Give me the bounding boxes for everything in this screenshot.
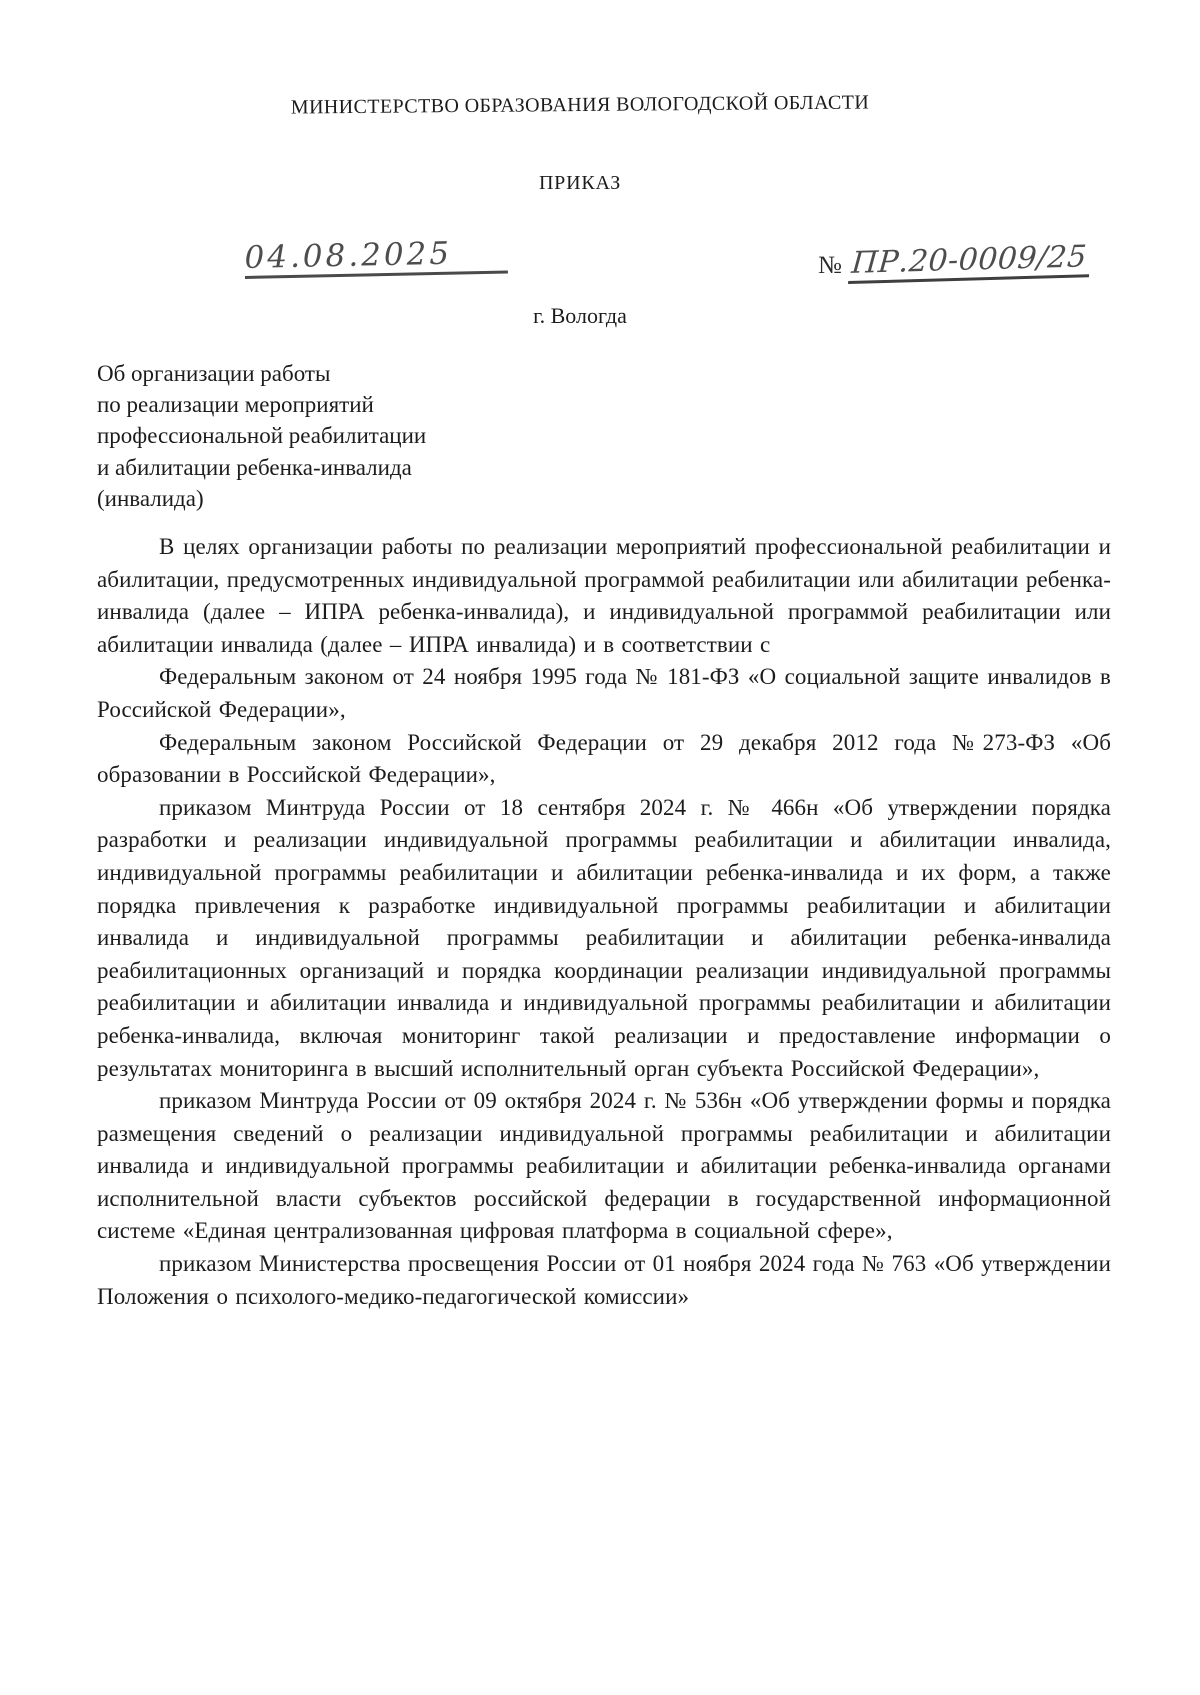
subject-line: Об организации работы <box>97 358 557 389</box>
body-paragraph: приказом Минтруда России от 18 сентября … <box>97 792 1111 1085</box>
subject-line: по реализации мероприятий <box>97 389 557 420</box>
document-number-group: №ПР.20-0009/25 <box>818 246 1089 284</box>
body-paragraph: приказом Минтруда России от 09 октября 2… <box>97 1085 1111 1248</box>
body-paragraph: Федеральным законом Российской Федерации… <box>97 727 1111 792</box>
document-type-title: ПРИКАЗ <box>40 172 1120 195</box>
order-body-text: В целях организации работы по реализации… <box>97 531 1111 1313</box>
date-number-row: 04.08.2025 №ПР.20-0009/25 <box>0 238 1200 298</box>
body-paragraph: Федеральным законом от 24 ноября 1995 го… <box>97 661 1111 726</box>
handwritten-date: 04.08.2025 <box>244 235 507 279</box>
scanned-order-document: МИНИСТЕРСТВО ОБРАЗОВАНИЯ ВОЛОГОДСКОЙ ОБЛ… <box>0 0 1200 1695</box>
body-paragraph: В целях организации работы по реализации… <box>97 531 1111 661</box>
handwritten-document-number: ПР.20-0009/25 <box>848 239 1092 284</box>
subject-line: профессиональной реабилитации <box>97 420 557 451</box>
body-paragraph: приказом Министерства просвещения России… <box>97 1248 1111 1313</box>
subject-block: Об организации работыпо реализации мероп… <box>97 358 557 514</box>
subject-line: и абилитации ребенка-инвалида <box>97 452 557 483</box>
number-sign: № <box>818 252 842 279</box>
ministry-header: МИНИСТЕРСТВО ОБРАЗОВАНИЯ ВОЛОГОДСКОЙ ОБЛ… <box>40 89 1120 121</box>
subject-line: (инвалида) <box>97 483 557 514</box>
city-line: г. Вологда <box>40 303 1120 329</box>
